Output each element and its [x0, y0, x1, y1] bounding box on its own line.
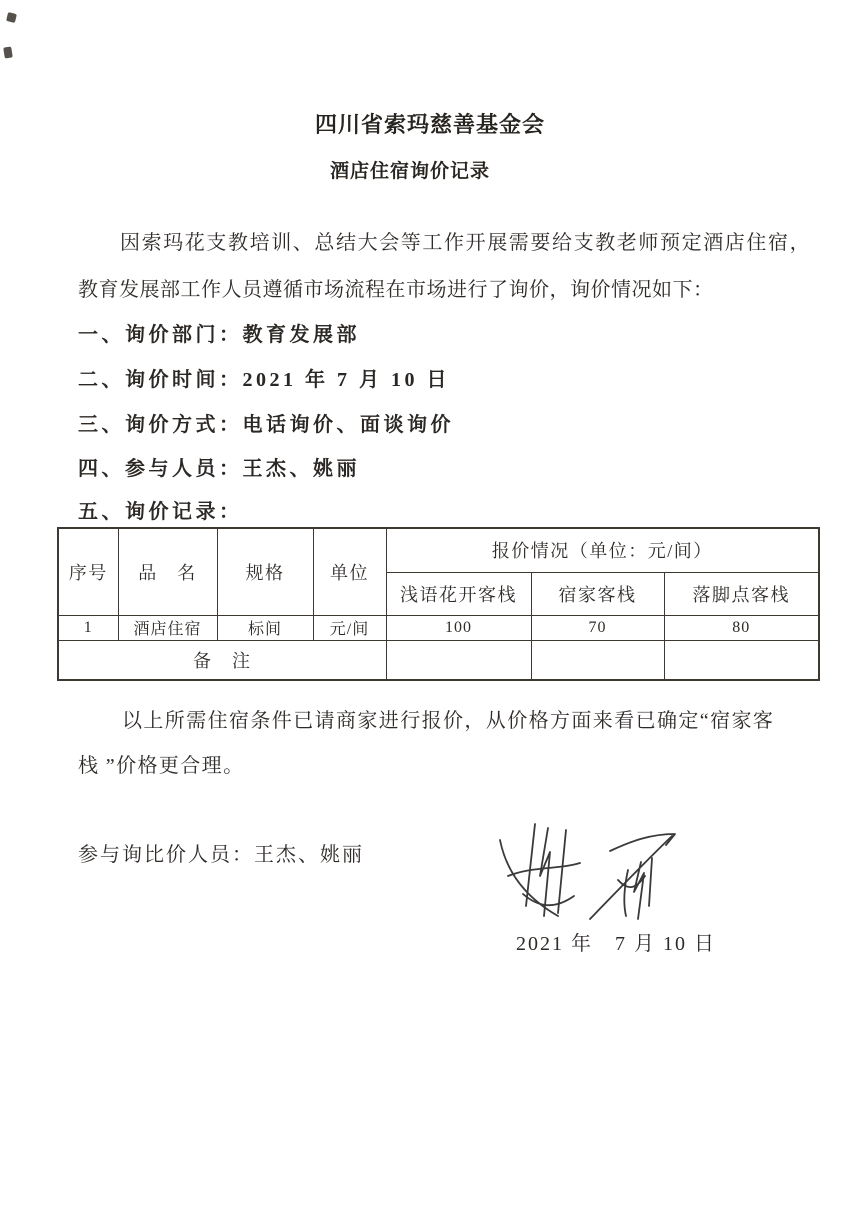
- list-item-method: 三、询价方式：电话询价、面谈询价: [78, 408, 454, 437]
- closing-paragraph-line: 以上所需住宿条件已请商家进行报价，从价格方面来看已确定“宿家客: [122, 704, 774, 733]
- document-date: 2021 年 7 月 10 日: [516, 927, 716, 956]
- table-header-vendor: 落脚点客栈: [664, 572, 819, 615]
- handwritten-signature-icon: [478, 818, 693, 930]
- table-header-index: 序号: [58, 528, 118, 615]
- document-page: 四川省索玛慈善基金会 酒店住宿询价记录 因索玛花支教培训、总结大会等工作开展需要…: [0, 0, 860, 1215]
- cell-price: 100: [386, 615, 531, 640]
- list-item-date: 二、询价时间：2021 年 7 月 10 日: [78, 363, 450, 392]
- scan-artifact-mark: [3, 46, 13, 58]
- list-item-record: 五、询价记录：: [78, 495, 243, 524]
- intro-paragraph-line: 教育发展部工作人员遵循市场流程在市场进行了询价，询价情况如下：: [78, 273, 714, 302]
- cell-price: 80: [664, 615, 819, 640]
- table-header-name: 品 名: [118, 528, 217, 615]
- cell-name: 酒店住宿: [118, 615, 217, 640]
- intro-paragraph-line: 因索玛花支教培训、总结大会等工作开展需要给支教老师预定酒店住宿，: [120, 226, 811, 255]
- cell-index: 1: [58, 615, 118, 640]
- quote-table: 序号 品 名 规格 单位 报价情况（单位：元/间） 浅语花开客栈 宿家客栈 落脚…: [57, 527, 820, 681]
- cell-remark-value: [531, 640, 664, 680]
- table-header-quote-group: 报价情况（单位：元/间）: [386, 528, 819, 572]
- cell-remark-value: [386, 640, 531, 680]
- table-row: 备 注: [58, 640, 819, 680]
- cell-price: 70: [531, 615, 664, 640]
- table-header-vendor: 浅语花开客栈: [386, 572, 531, 615]
- cell-spec: 标间: [217, 615, 313, 640]
- participants-line: 参与询比价人员：王杰、姚丽: [78, 838, 364, 867]
- cell-remark-value: [664, 640, 819, 680]
- table-header-unit: 单位: [313, 528, 386, 615]
- table-row: 1 酒店住宿 标间 元/间 100 70 80: [58, 615, 819, 640]
- page-subtitle: 酒店住宿询价记录: [0, 156, 820, 183]
- closing-paragraph-line: 栈 ”价格更合理。: [78, 749, 244, 778]
- list-item-department: 一、询价部门：教育发展部: [78, 318, 360, 347]
- cell-remark-label: 备 注: [58, 640, 386, 680]
- cell-unit: 元/间: [313, 615, 386, 640]
- page-title: 四川省索玛慈善基金会: [0, 108, 860, 139]
- scan-artifact-mark: [6, 12, 17, 23]
- table-header-vendor: 宿家客栈: [531, 572, 664, 615]
- list-item-participants: 四、参与人员：王杰、姚丽: [78, 452, 360, 481]
- table-header-spec: 规格: [217, 528, 313, 615]
